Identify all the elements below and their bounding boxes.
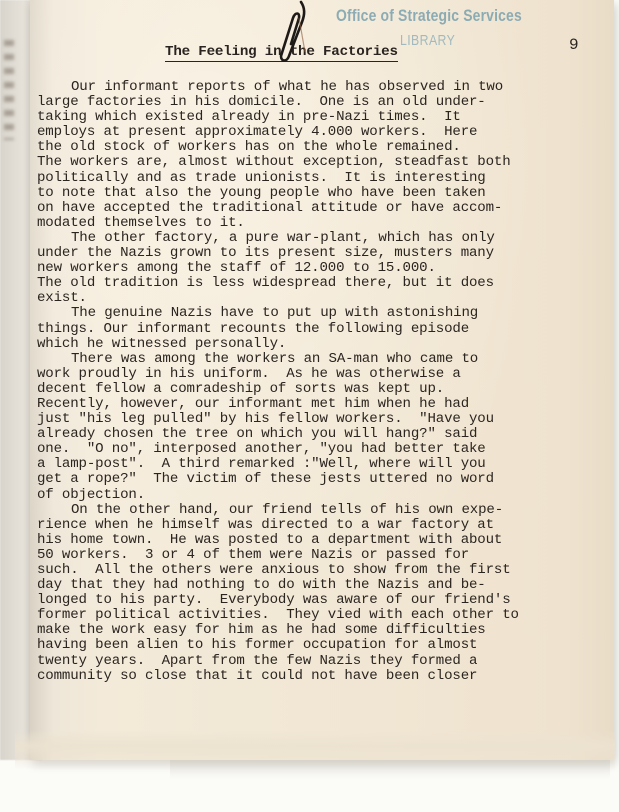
text-line: new workers among the staff of 12.000 to… — [37, 261, 597, 276]
text-line: of objection. — [37, 488, 597, 503]
text-line: a lamp-post". A third remarked :"Well, w… — [37, 457, 597, 472]
text-line: The genuine Nazis have to put up with as… — [37, 306, 597, 321]
text-line: on have accepted the traditional attitud… — [37, 201, 597, 216]
text-line: community so close that it could not hav… — [37, 669, 597, 684]
text-line: On the other hand, our friend tells of h… — [37, 503, 597, 518]
text-line: get a rope?" The victim of these jests u… — [37, 472, 597, 487]
text-line: rience when he himself was directed to a… — [37, 518, 597, 533]
text-line: exist. — [37, 291, 597, 306]
text-line: politically and as trade unionists. It i… — [37, 171, 597, 186]
library-stamp: Office of Strategic Services LIBRARY — [336, 6, 500, 49]
scanned-document-scene: The Feeling in the Factories 9 Office of… — [0, 0, 619, 812]
text-line: twenty years. Apart from the few Nazis t… — [37, 654, 597, 669]
text-line: having been alien to his former occupati… — [37, 638, 597, 653]
paperclip-icon — [275, 0, 315, 66]
text-line: such. All the others were anxious to sho… — [37, 563, 597, 578]
text-line: taking which existed already in pre-Nazi… — [37, 110, 597, 125]
text-line: to note that also the young people who h… — [37, 186, 597, 201]
text-line: the old stock of workers has on the whol… — [37, 140, 597, 155]
text-line: one. "O no", interposed another, "you ha… — [37, 442, 597, 457]
text-line: There was among the workers an SA-man wh… — [37, 352, 597, 367]
text-line: employs at present approximately 4.000 w… — [37, 125, 597, 140]
stamp-office-text: Office of Strategic Services — [336, 6, 500, 26]
text-line: just "his leg pulled" by his fellow work… — [37, 412, 597, 427]
text-line: which he witnessed personally. — [37, 337, 597, 352]
adjacent-page-text-bleed — [4, 40, 14, 140]
stamp-library-text: LIBRARY — [400, 32, 500, 49]
text-line: Our informant reports of what he has obs… — [37, 80, 597, 95]
page-shadow — [170, 760, 610, 780]
text-line: modated themselves to it. — [37, 216, 597, 231]
text-line: things. Our informant recounts the follo… — [37, 322, 597, 337]
text-line: large factories in his domicile. One is … — [37, 95, 597, 110]
text-line: The workers are, almost without exceptio… — [37, 155, 597, 170]
page-number: 9 — [569, 36, 579, 54]
text-line: already chosen the tree on which you wil… — [37, 427, 597, 442]
text-line: longed to his party. Everybody was aware… — [37, 593, 597, 608]
text-line: The other factory, a pure war-plant, whi… — [37, 231, 597, 246]
text-line: former political activities. They vied w… — [37, 608, 597, 623]
text-line: 50 workers. 3 or 4 of them were Nazis or… — [37, 548, 597, 563]
text-line: day that they had nothing to do with the… — [37, 578, 597, 593]
text-line: Recently, however, our informant met him… — [37, 397, 597, 412]
text-line: his home town. He was posted to a depart… — [37, 533, 597, 548]
text-line: under the Nazis grown to its present siz… — [37, 246, 597, 261]
document-body: Our informant reports of what he has obs… — [37, 80, 597, 684]
text-line: The old tradition is less widespread the… — [37, 276, 597, 291]
text-line: work proudly in his uniform. As he was o… — [37, 367, 597, 382]
text-line: make the work easy for him as he had som… — [37, 623, 597, 638]
text-line: decent fellow a comradeship of sorts was… — [37, 382, 597, 397]
